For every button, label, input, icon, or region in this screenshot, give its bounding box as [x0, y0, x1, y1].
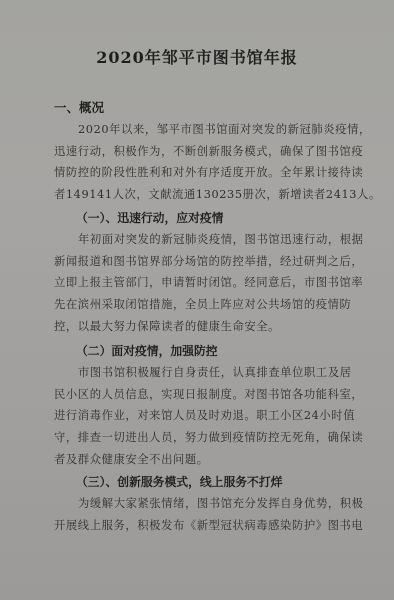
- document-title: 2020年邹平市图书馆年报: [0, 45, 394, 68]
- paragraph-line: 者及群众健康安全不出问题。: [54, 449, 354, 471]
- paragraph-line: 2020年以来，邹平市图书馆面对突发的新冠肺炎疫情，: [54, 119, 354, 141]
- paragraph-line: 立即上报主管部门，申请暂时闭馆。经同意后，市图书馆率: [54, 272, 354, 294]
- subsection-1-paragraph: 年初面对突发的新冠肺炎疫情，图书馆迅速行动，根据 新闻报道和图书馆界部分场馆的防…: [54, 229, 354, 338]
- subsection-heading-1: （一）、迅速行动，应对疫情: [76, 209, 223, 226]
- paragraph-line: 年初面对突发的新冠肺炎疫情，图书馆迅速行动，根据: [54, 229, 354, 251]
- subsection-heading-3: （三）、创新服务模式，线上服务不打烊: [76, 473, 282, 490]
- overview-paragraph: 2020年以来，邹平市图书馆面对突发的新冠肺炎疫情， 迅速行动，积极作为，不断创…: [54, 119, 354, 206]
- paragraph-line: 守，排查一切进出人员，努力做到疫情防控无死角，确保读: [54, 427, 354, 449]
- subsection-2-paragraph: 市图书馆积极履行自身责任，认真排查单位职工及居 民小区的人员信息，实现日报制度。…: [54, 362, 354, 471]
- paragraph-line: 情防控的阶段性胜利和对外有序适度开放。全年累计接待读: [54, 162, 354, 184]
- paragraph-line: 者149141人次，文献流通130235册次，新增读者2413人。: [54, 184, 354, 206]
- document-page: 2020年邹平市图书馆年报 一、概况 2020年以来，邹平市图书馆面对突发的新冠…: [0, 0, 394, 600]
- paragraph-line: 先在滨州采取闭馆措施，全员上阵应对公共场馆的疫情防: [54, 294, 354, 316]
- paragraph-line: 开展线上服务，积极发布《新型冠状病毒感染防护》图书电: [54, 515, 354, 537]
- paragraph-line: 进行消毒作业，对来馆人员及时劝退。职工小区24小时值: [54, 405, 354, 427]
- section-heading-overview: 一、概况: [54, 98, 104, 116]
- paragraph-line: 民小区的人员信息，实现日报制度。对图书馆各功能科室，: [54, 384, 354, 406]
- paragraph-line: 迅速行动，积极作为，不断创新服务模式，确保了图书馆疫: [54, 141, 354, 163]
- paragraph-line: 市图书馆积极履行自身责任，认真排查单位职工及居: [54, 362, 354, 384]
- subsection-3-paragraph: 为缓解大家紧张情绪，图书馆充分发挥自身优势，积极 开展线上服务，积极发布《新型冠…: [54, 493, 354, 536]
- paragraph-line: 新闻报道和图书馆界部分场馆的防控举措，经过研判之后，: [54, 251, 354, 273]
- paragraph-line: 控，以最大努力保障读者的健康生命安全。: [54, 316, 354, 338]
- paragraph-line: 为缓解大家紧张情绪，图书馆充分发挥自身优势，积极: [54, 493, 354, 515]
- subsection-heading-2: （二）面对疫情，加强防控: [76, 342, 218, 359]
